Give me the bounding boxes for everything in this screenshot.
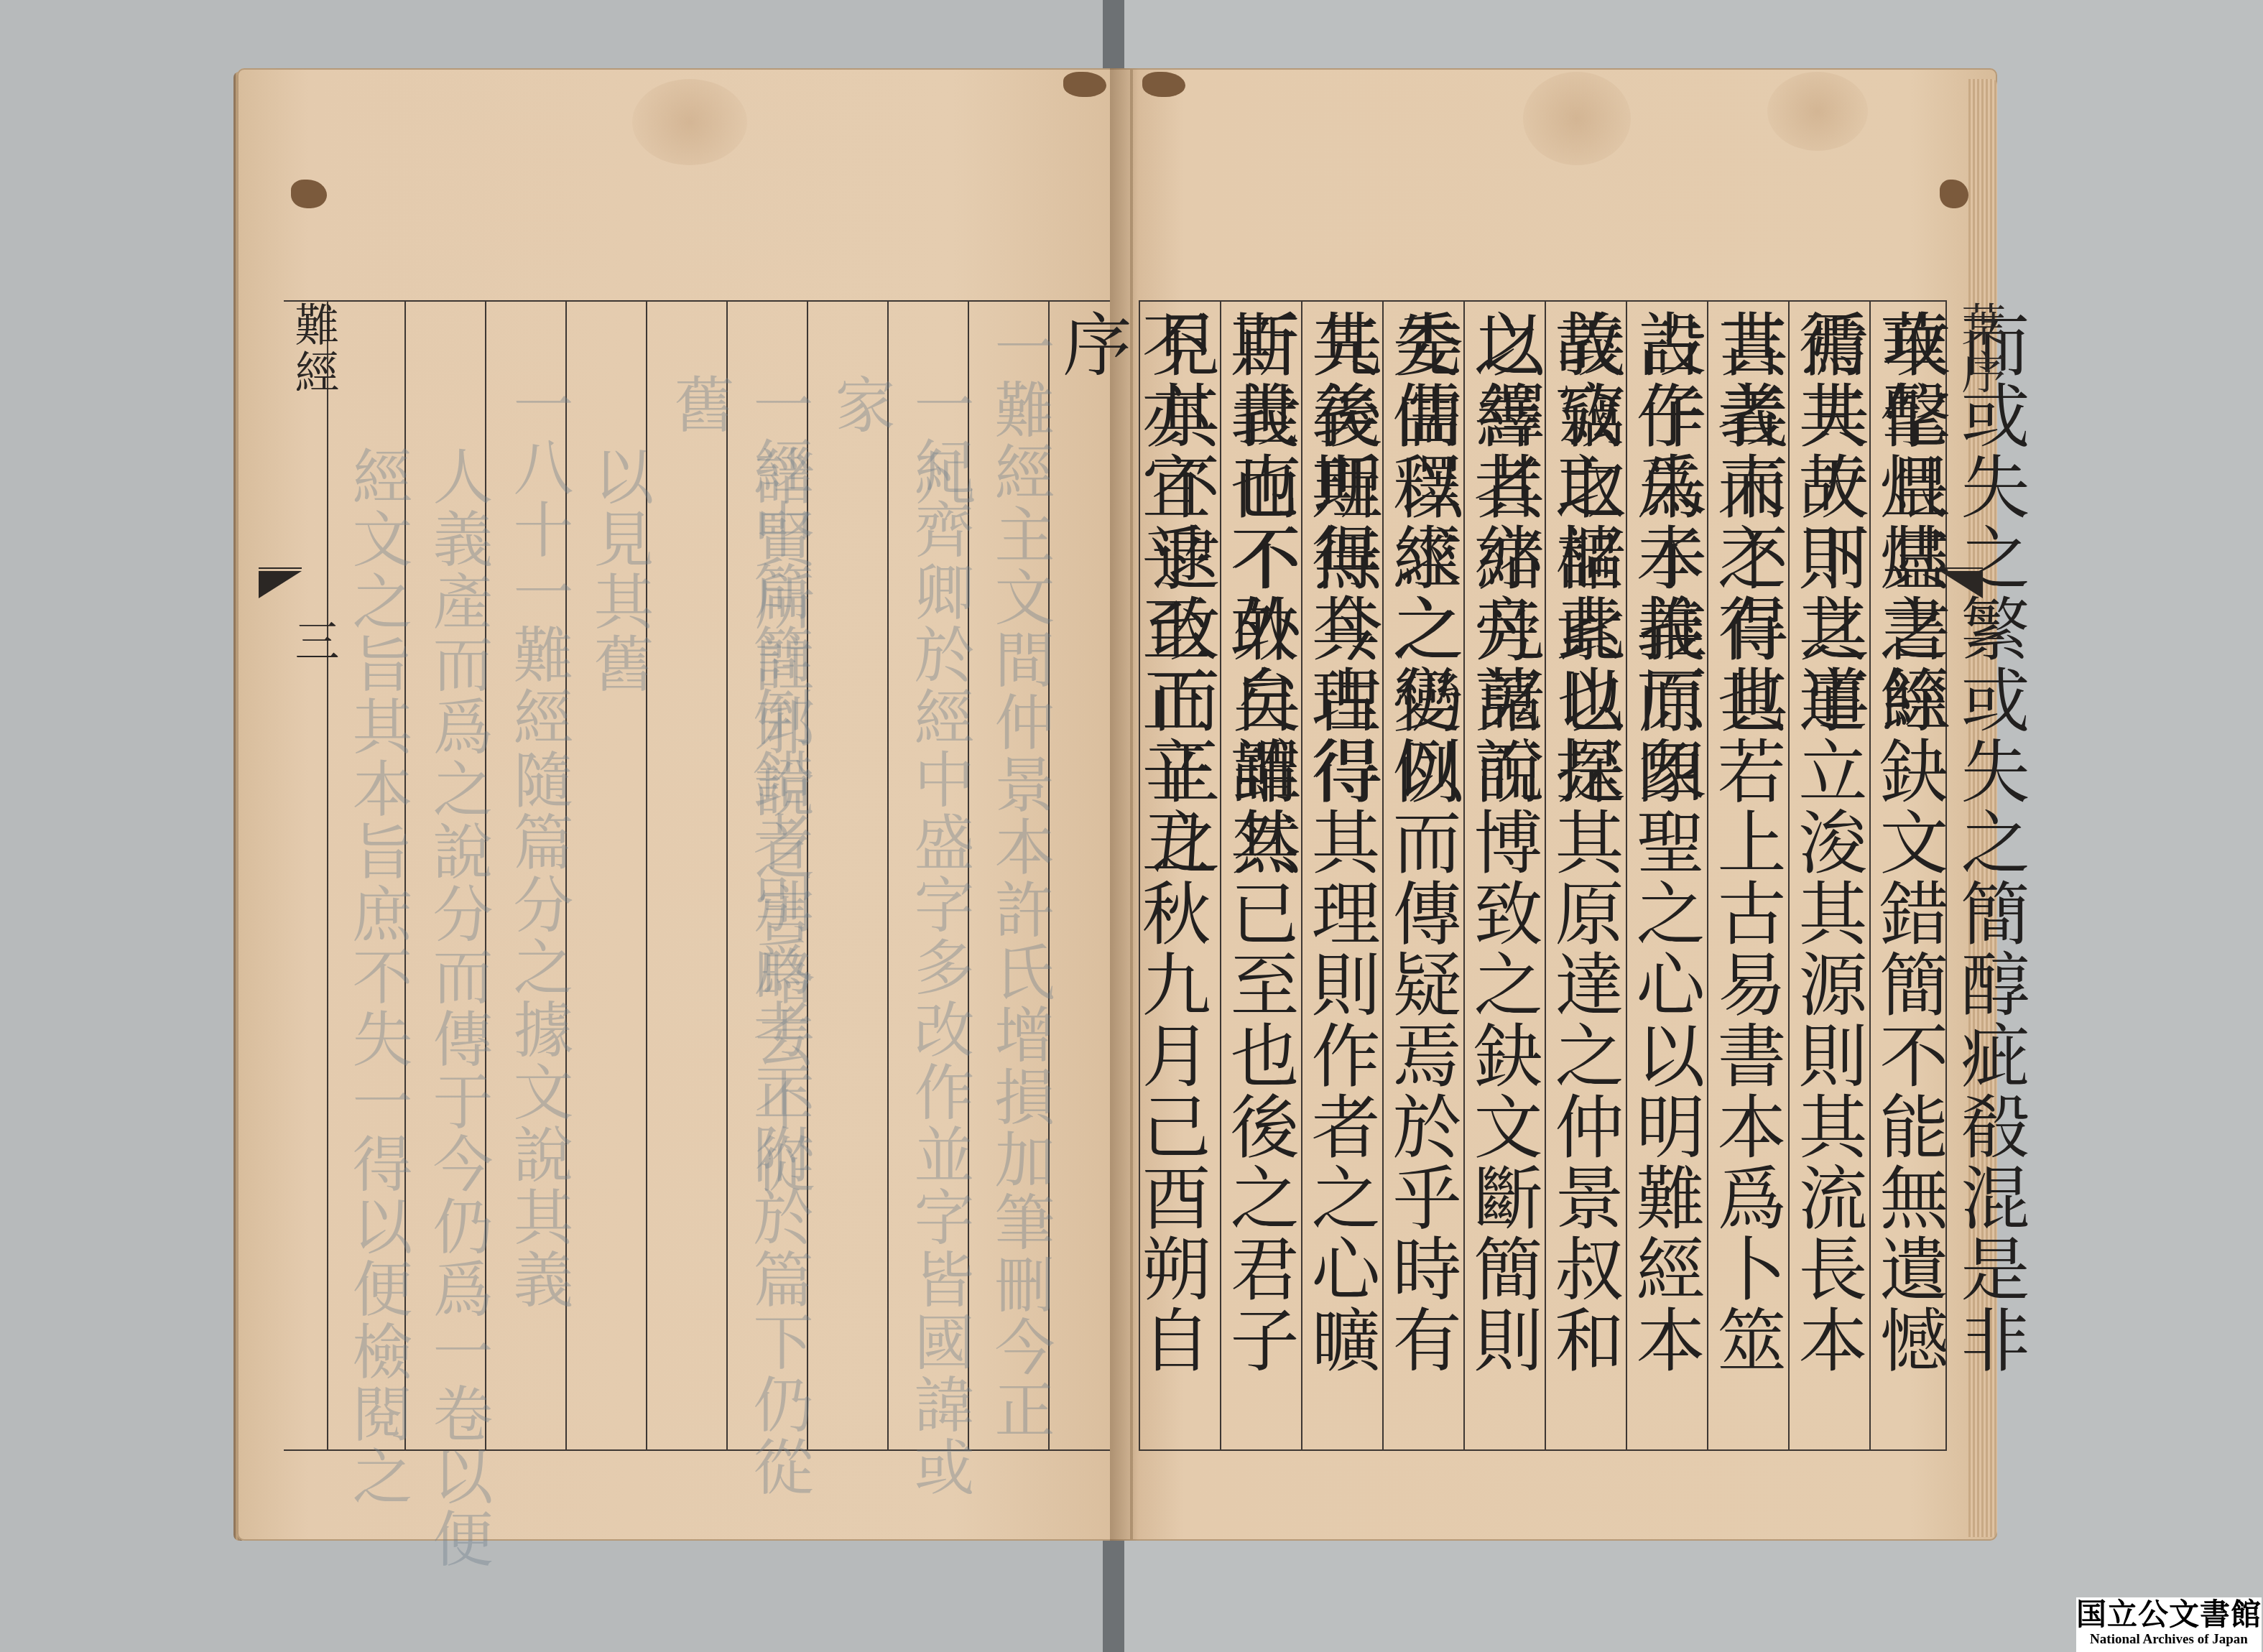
worm-hole xyxy=(1063,72,1106,97)
fishtail-line xyxy=(1940,567,1983,569)
archive-watermark: 国立公文書館 National Archives of Japan xyxy=(2076,1597,2262,1652)
fishtail-line xyxy=(259,567,302,569)
paper-stain xyxy=(1523,72,1631,165)
right-margin-page-number: 一 xyxy=(1948,618,2012,665)
bleed-through-column: 人義產而爲之說分而傳于今仍爲一卷以便 xyxy=(419,445,498,1580)
fishtail-mark-left xyxy=(259,571,302,598)
paper-stain xyxy=(632,79,747,165)
bleed-through-column: 一難經主文間仲景本許氏增損加筆刪今正 xyxy=(981,316,1060,1451)
bleed-through-column: 一經中篇簡倒錯者別爲考正附於篇下仍從舊 xyxy=(660,373,818,1508)
worm-hole xyxy=(1142,72,1185,97)
column-rule xyxy=(327,302,328,1449)
bleed-through-column: 一八十一難經隨篇分之據文說其義 xyxy=(499,373,578,1508)
bleed-through-column: 一紀齊卿於經中盛字多改作並字皆國諱或家 xyxy=(821,373,979,1508)
worm-hole xyxy=(291,180,327,208)
watermark-english: National Archives of Japan xyxy=(2076,1632,2262,1648)
left-margin-title: 難經 xyxy=(282,302,346,396)
bleed-through-column: 以見其舊 xyxy=(580,445,659,1580)
paper-stain xyxy=(1767,72,1868,151)
watermark-japanese: 国立公文書館 xyxy=(2076,1597,2262,1632)
bleed-through-column: 經文之旨其本旨庶不失一得以便檢閱之 xyxy=(338,445,417,1580)
right-margin-title: 葉序 xyxy=(1948,302,2012,396)
worm-hole xyxy=(1940,180,1968,208)
fishtail-mark-right xyxy=(1940,571,1983,598)
left-page-column-colophon: 不亦宜乎至正辛丑秋九月己酉朔自序 xyxy=(1052,309,1211,1444)
left-margin-page-number: 三 xyxy=(282,618,346,665)
